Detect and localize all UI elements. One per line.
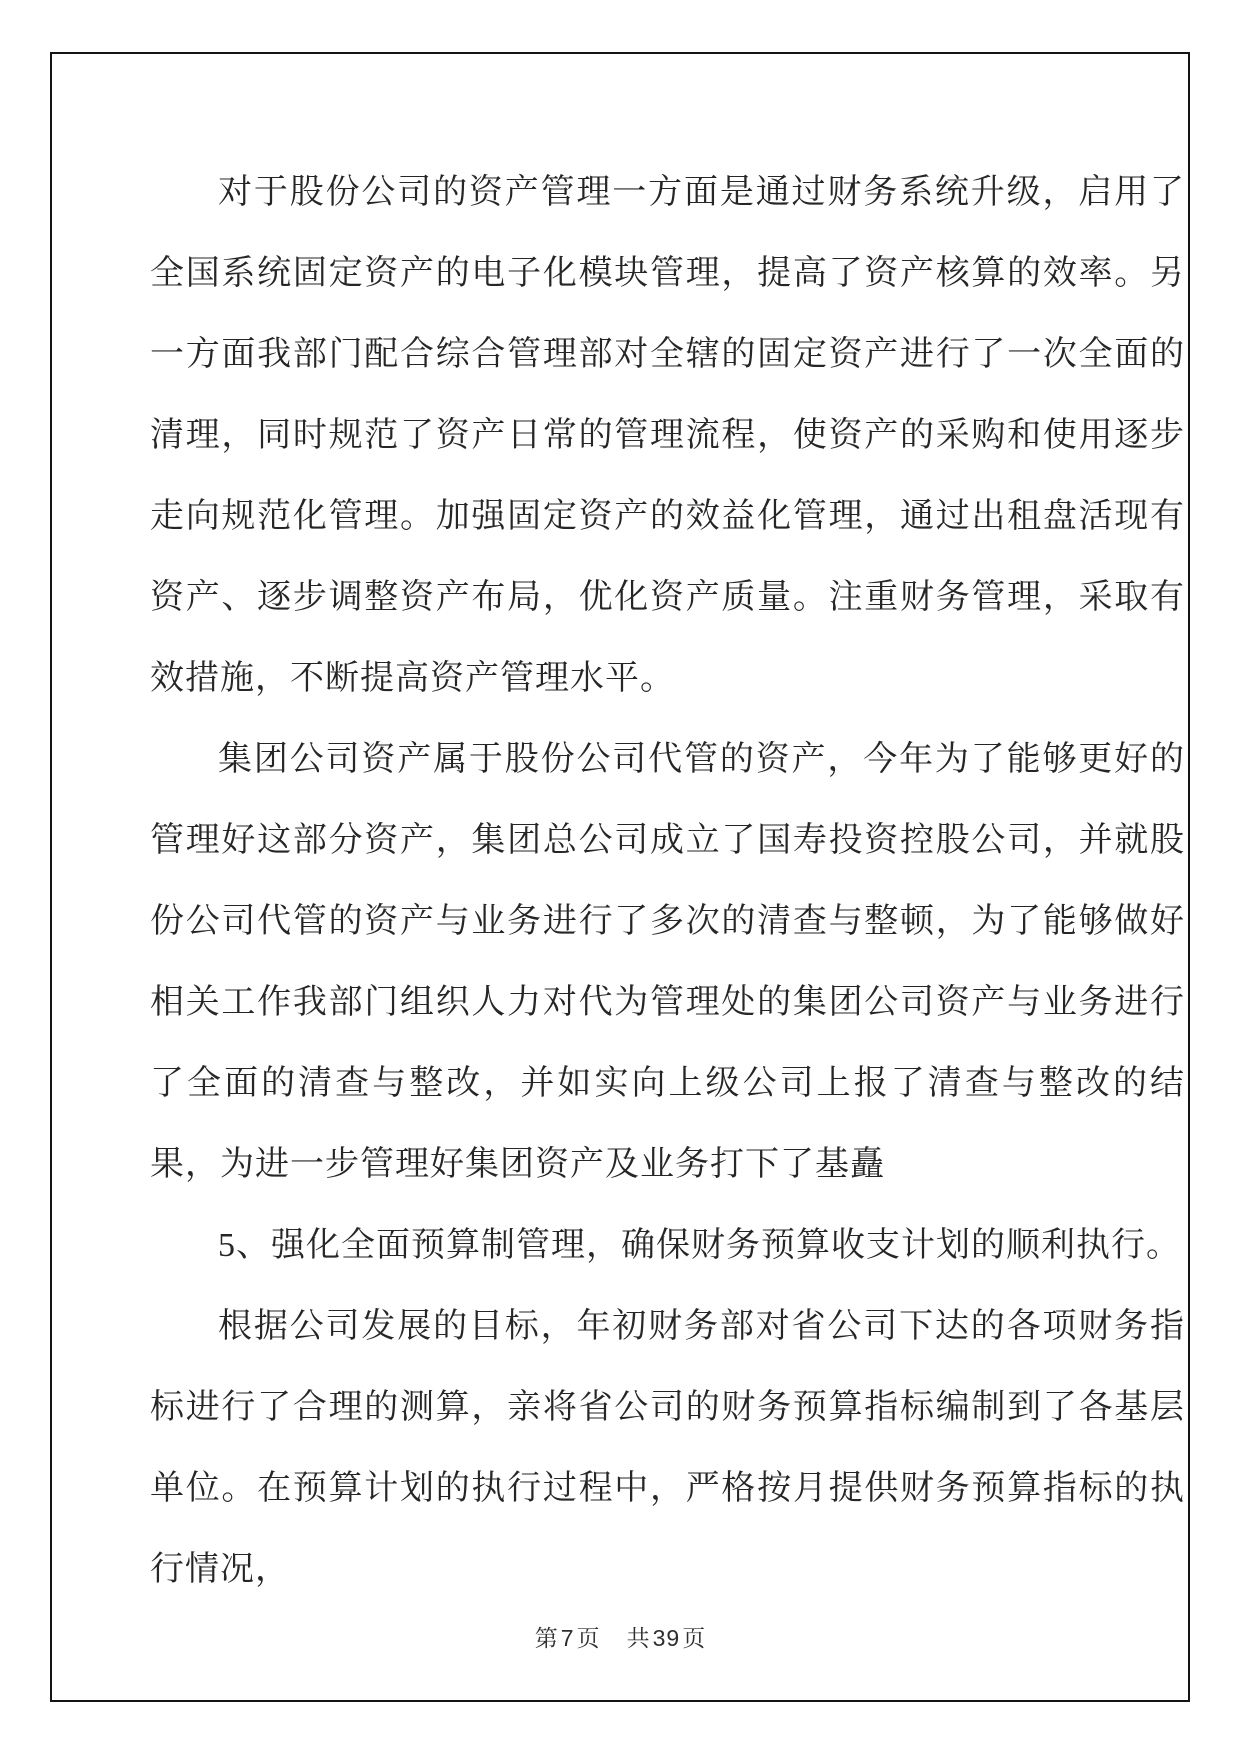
total-pages-prefix: 共 <box>627 1626 651 1651</box>
paragraph: 根据公司发展的目标，年初财务部对省公司下达的各项财务指标进行了合理的测算，亲将省… <box>150 1286 1185 1610</box>
page-number-unit: 页 <box>577 1626 601 1651</box>
page-number-prefix: 第 <box>535 1626 559 1651</box>
total-pages-number: 39 <box>653 1625 681 1651</box>
page-footer: 第7页共39页 <box>0 1620 1241 1653</box>
paragraph: 5、强化全面预算制管理，确保财务预算收支计划的顺利执行。 <box>150 1205 1185 1286</box>
current-page-number: 7 <box>561 1625 575 1651</box>
paragraph: 对于股份公司的资产管理一方面是通过财务系统升级，启用了全国系统固定资产的电子化模… <box>150 152 1185 719</box>
document-body: 对于股份公司的资产管理一方面是通过财务系统升级，启用了全国系统固定资产的电子化模… <box>150 152 1185 1610</box>
total-pages-unit: 页 <box>682 1626 706 1651</box>
paragraph: 集团公司资产属于股份公司代管的资产，今年为了能够更好的管理好这部分资产，集团总公… <box>150 719 1185 1205</box>
